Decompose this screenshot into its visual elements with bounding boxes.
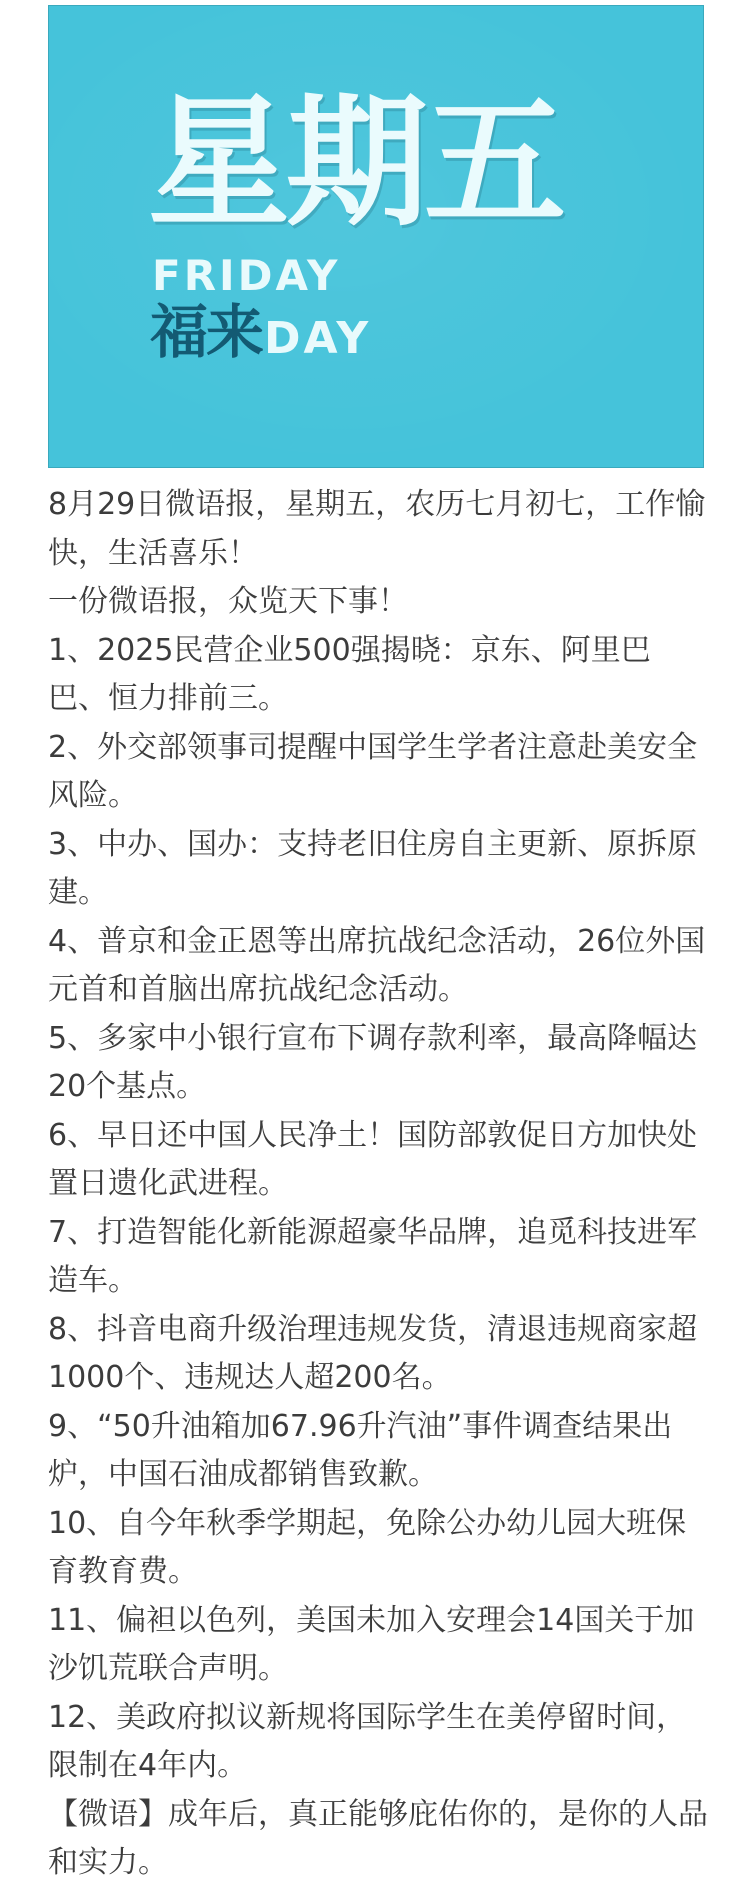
friday-banner-image: 星期五 FRIDAY 福来DAY bbox=[48, 5, 704, 468]
news-item-2: 2、外交部领事司提醒中国学生学者注意赴美安全风险。 bbox=[48, 724, 708, 821]
banner-tagline: 福来DAY bbox=[150, 303, 371, 361]
news-item-11: 11、偏袒以色列，美国未加入安理会14国关于加沙饥荒联合声明。 bbox=[48, 1597, 708, 1694]
banner-title: 星期五 bbox=[148, 93, 562, 235]
news-item-5: 5、多家中小银行宣布下调存款利率，最高降幅达20个基点。 bbox=[48, 1015, 708, 1112]
news-item-7: 7、打造智能化新能源超豪华品牌，追觅科技进军造车。 bbox=[48, 1209, 708, 1306]
banner-subtitle-friday: FRIDAY bbox=[152, 255, 340, 297]
news-item-8: 8、抖音电商升级治理违规发货，清退违规商家超1000个、违规达人超200名。 bbox=[48, 1306, 708, 1403]
banner-tagline-cn: 福来 bbox=[150, 298, 262, 366]
header-greeting: 8月29日微语报，星期五，农历七月初七，工作愉快，生活喜乐！ bbox=[48, 481, 708, 578]
news-item-4: 4、普京和金正恩等出席抗战纪念活动，26位外国元首和首脑出席抗战纪念活动。 bbox=[48, 918, 708, 1015]
news-item-6: 6、早日还中国人民净土！国防部敦促日方加快处置日遗化武进程。 bbox=[48, 1112, 708, 1209]
banner-tagline-en: DAY bbox=[264, 313, 371, 364]
news-item-10: 10、自今年秋季学期起，免除公办幼儿园大班保育教育费。 bbox=[48, 1500, 708, 1597]
header-slogan: 一份微语报，众览天下事！ bbox=[48, 578, 708, 627]
daily-quote: 【微语】成年后，真正能够庇佑你的，是你的人品和实力。 bbox=[48, 1791, 708, 1888]
news-item-1: 1、2025民营企业500强揭晓：京东、阿里巴巴、恒力排前三。 bbox=[48, 627, 708, 724]
news-item-3: 3、中办、国办：支持老旧住房自主更新、原拆原建。 bbox=[48, 821, 708, 918]
news-brief-body: 8月29日微语报，星期五，农历七月初七，工作愉快，生活喜乐！ 一份微语报，众览天… bbox=[48, 481, 708, 1888]
news-item-9: 9、“50升油箱加67.96升汽油”事件调查结果出炉，中国石油成都销售致歉。 bbox=[48, 1403, 708, 1500]
news-item-12: 12、美政府拟议新规将国际学生在美停留时间，限制在4年内。 bbox=[48, 1694, 708, 1791]
